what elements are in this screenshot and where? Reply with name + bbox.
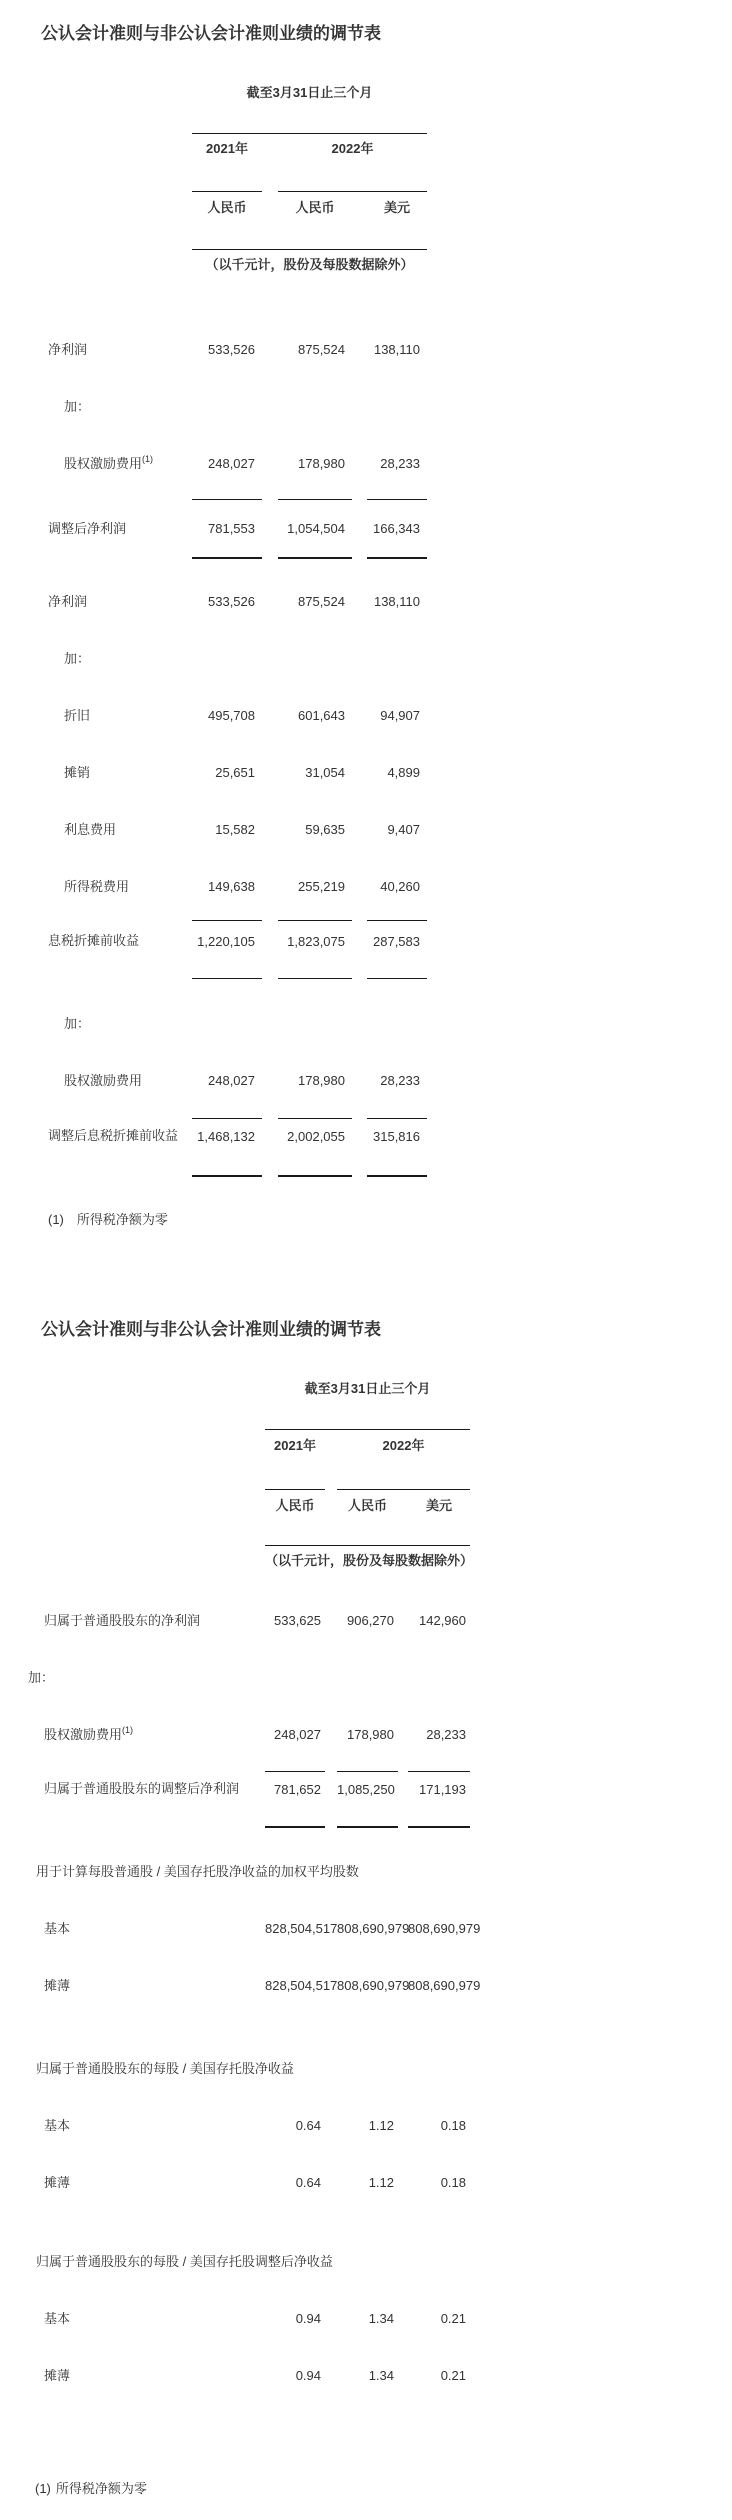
cell-value: 255,219 [278,879,352,894]
footnote-marker: (1) [142,454,153,464]
row-label: 基本 [0,2311,265,2327]
horizontal-rule [278,978,352,979]
horizontal-rule [337,1489,470,1490]
table2-body: 归属于普通股股东的净利润 533,625 906,270 142,960 加： … [0,1592,732,2404]
table1-title: 公认会计准则与非公认会计准则业绩的调节表 [41,0,732,44]
table-row: 调整后息税折摊前收益 1,468,132 2,002,055 315,816 [0,1119,732,1153]
footnote-marker: (1) [35,2482,51,2496]
horizontal-rule [337,1771,398,1772]
row-label: 归属于普通股股东的调整后净利润 [0,1781,265,1797]
row-label: 加： [0,1670,265,1686]
rule [0,557,732,559]
rule [0,978,732,979]
cell-value: 1.12 [337,2175,398,2190]
cell-value: 906,270 [337,1613,398,1628]
horizontal-rule [367,920,427,921]
cell-value: 808,690,979 [408,1921,470,1936]
cell-value: 828,504,517 [265,1978,325,1993]
cell-value: 0.21 [408,2311,470,2326]
row-label: 折旧 [0,708,192,724]
cell-value: 142,960 [408,1613,470,1628]
cell-value: 28,233 [408,1727,470,1742]
table-row: 摊薄 0.94 1.34 0.21 [0,2347,732,2404]
cell-value: 1,220,105 [192,934,262,949]
cell-value: 0.18 [408,2118,470,2133]
cell-value: 533,526 [192,342,262,357]
cell-value: 875,524 [278,594,352,609]
rule [0,1826,732,1828]
row-label: 加： [0,399,192,415]
units-note: （以千元计，股份及每股数据除外） [265,1554,470,1568]
table2-units-row: （以千元计，股份及每股数据除外） [0,1546,732,1568]
currency-header: 人民币 [265,1499,325,1513]
cell-value: 601,643 [278,708,352,723]
horizontal-rule [408,1771,470,1772]
cell-value: 828,504,517 [265,1921,325,1936]
table-row: 加： [0,378,732,435]
cell-value: 1,085,250 [337,1782,398,1797]
horizontal-rule [192,978,262,979]
horizontal-rule [192,191,262,192]
horizontal-rule [192,133,427,134]
cell-value: 1.12 [337,2118,398,2133]
cell-value: 9,407 [367,822,427,837]
horizontal-rule [192,1175,262,1177]
horizontal-rule [192,557,262,559]
cell-value: 94,907 [367,708,427,723]
row-label: 基本 [0,2118,265,2134]
cell-value: 25,651 [192,765,262,780]
horizontal-rule [408,1826,470,1828]
row-label: 股权激励费用 [0,1073,192,1089]
table-row: 调整后净利润 781,553 1,054,504 166,343 [0,500,732,557]
section-header: 归属于普通股股东的每股 / 美国存托股净收益 [0,2061,470,2077]
cell-value: 166,343 [367,521,427,536]
horizontal-rule [278,191,427,192]
currency-header: 美元 [367,201,427,215]
units-note: （以千元计，股份及每股数据除外） [192,258,427,272]
cell-value: 31,054 [278,765,352,780]
cell-value: 1,468,132 [192,1129,262,1144]
horizontal-rule [278,920,352,921]
year-2022-header: 2022年 [337,1439,470,1453]
period-header: 截至3月31日止三个月 [265,1382,470,1396]
currency-header: 人民币 [192,201,262,215]
horizontal-rule [265,1771,325,1772]
cell-value: 1.34 [337,2368,398,2383]
horizontal-rule [265,1545,470,1546]
table-row: 基本 0.64 1.12 0.18 [0,2097,732,2154]
table1-period-row: 截至3月31日止三个月 [0,86,732,100]
table2-currency-row: 人民币 人民币 美元 [0,1490,732,1513]
table-row: 用于计算每股普通股 / 美国存托股净收益的加权平均股数 [0,1843,732,1900]
year-2022-header: 2022年 [278,142,427,156]
year-2021-header: 2021年 [265,1439,325,1453]
table-row: 归属于普通股股东的调整后净利润 781,652 1,085,250 171,19… [0,1772,732,1806]
period-header: 截至3月31日止三个月 [192,86,427,100]
cell-value: 248,027 [192,456,262,471]
table1-currency-row: 人民币 人民币 美元 [0,192,732,215]
horizontal-rule [265,1826,325,1828]
table-row: 加： [0,1649,732,1706]
horizontal-rule [337,1826,398,1828]
table-row: 加： [0,630,732,687]
section-header: 用于计算每股普通股 / 美国存托股净收益的加权平均股数 [0,1864,470,1880]
cell-value: 495,708 [192,708,262,723]
table1-year-row: 2021年 2022年 [0,134,732,156]
cell-value: 178,980 [278,456,352,471]
table-row: 净利润 533,526 875,524 138,110 [0,321,732,378]
cell-value: 0.21 [408,2368,470,2383]
table2-year-row: 2021年 2022年 [0,1430,732,1453]
horizontal-rule [265,1489,325,1490]
row-label: 调整后息税折摊前收益 [0,1128,192,1144]
row-label: 股权激励费用(1) [0,1727,265,1743]
currency-header: 美元 [408,1499,470,1513]
table-row: 股权激励费用 248,027 178,980 28,233 [0,1052,732,1109]
row-label: 净利润 [0,594,192,610]
cell-value: 248,027 [265,1727,325,1742]
table-row: 摊薄 828,504,517 808,690,979 808,690,979 [0,1957,732,2014]
horizontal-rule [278,499,352,500]
horizontal-rule [367,978,427,979]
cell-value: 781,652 [265,1782,325,1797]
row-label: 加： [0,651,192,667]
cell-value: 1,823,075 [278,934,352,949]
cell-value: 533,526 [192,594,262,609]
cell-value: 40,260 [367,879,427,894]
cell-value: 533,625 [265,1613,325,1628]
row-label: 调整后净利润 [0,521,192,537]
horizontal-rule [367,1175,427,1177]
cell-value: 287,583 [367,934,427,949]
table-row: 息税折摊前收益 1,220,105 1,823,075 287,583 [0,921,732,961]
cell-value: 28,233 [367,1073,427,1088]
cell-value: 171,193 [408,1782,470,1797]
horizontal-rule [192,249,427,250]
table1-units-row: （以千元计，股份及每股数据除外） [0,250,732,272]
cell-value: 0.94 [265,2368,325,2383]
table-row: 股权激励费用(1) 248,027 178,980 28,233 [0,1706,732,1763]
table1-footnote: (1) 所得税净额为零 [48,1213,732,1227]
cell-value: 808,690,979 [408,1978,470,1993]
cell-value: 178,980 [337,1727,398,1742]
row-label: 加： [0,1016,192,1032]
document-page: 公认会计准则与非公认会计准则业绩的调节表 截至3月31日止三个月 2021年 2… [0,0,732,2520]
cell-value: 59,635 [278,822,352,837]
footnote-text: 所得税净额为零 [56,2482,147,2496]
row-label: 归属于普通股股东的净利润 [0,1613,265,1629]
footnote-text: 所得税净额为零 [77,1213,168,1227]
table-row: 折旧 495,708 601,643 94,907 [0,687,732,744]
horizontal-rule [192,499,262,500]
horizontal-rule [278,557,352,559]
horizontal-rule [278,1118,352,1119]
table-row: 净利润 533,526 875,524 138,110 [0,573,732,630]
cell-value: 248,027 [192,1073,262,1088]
section-header: 归属于普通股股东的每股 / 美国存托股调整后净收益 [0,2254,470,2270]
cell-value: 28,233 [367,456,427,471]
table-row: 摊薄 0.64 1.12 0.18 [0,2154,732,2211]
cell-value: 1.34 [337,2311,398,2326]
horizontal-rule [367,557,427,559]
cell-value: 781,553 [192,521,262,536]
horizontal-rule [367,1118,427,1119]
table2-footnote: (1) 所得税净额为零 [35,2482,732,2496]
row-label: 息税折摊前收益 [0,933,192,949]
table-row: 摊销 25,651 31,054 4,899 [0,744,732,801]
row-label: 所得税费用 [0,879,192,895]
table-row: 股权激励费用(1) 248,027 178,980 28,233 [0,435,732,492]
cell-value: 138,110 [367,342,427,357]
row-label: 基本 [0,1921,265,1937]
cell-value: 0.94 [265,2311,325,2326]
cell-value: 1,054,504 [278,521,352,536]
cell-value: 0.18 [408,2175,470,2190]
cell-value: 2,002,055 [278,1129,352,1144]
footnote-marker: (1) [122,1725,133,1735]
currency-header: 人民币 [278,201,352,215]
row-label-text: 股权激励费用 [64,456,142,471]
cell-value: 315,816 [367,1129,427,1144]
currency-header: 人民币 [337,1499,398,1513]
cell-value: 15,582 [192,822,262,837]
rule [0,1175,732,1177]
horizontal-rule [278,1175,352,1177]
table2-title: 公认会计准则与非公认会计准则业绩的调节表 [41,1320,732,1340]
table-row: 归属于普通股股东的每股 / 美国存托股净收益 [0,2040,732,2097]
row-label: 摊薄 [0,1978,265,1994]
horizontal-rule [265,1429,470,1430]
cell-value: 808,690,979 [337,1921,398,1936]
row-label: 摊薄 [0,2368,265,2384]
row-label: 净利润 [0,342,192,358]
row-label: 摊薄 [0,2175,265,2191]
table-row: 所得税费用 149,638 255,219 40,260 [0,858,732,915]
horizontal-rule [367,499,427,500]
cell-value: 149,638 [192,879,262,894]
cell-value: 0.64 [265,2118,325,2133]
table-row: 加： [0,995,732,1052]
horizontal-rule [192,920,262,921]
reconciliation-table-1: 公认会计准则与非公认会计准则业绩的调节表 截至3月31日止三个月 2021年 2… [0,0,732,1227]
cell-value: 875,524 [278,342,352,357]
table-row: 基本 0.94 1.34 0.21 [0,2290,732,2347]
cell-value: 178,980 [278,1073,352,1088]
table-row: 归属于普通股股东的每股 / 美国存托股调整后净收益 [0,2233,732,2290]
footnote-marker: (1) [48,1213,64,1227]
reconciliation-table-2: 公认会计准则与非公认会计准则业绩的调节表 截至3月31日止三个月 2021年 2… [0,1320,732,2496]
year-2021-header: 2021年 [192,142,262,156]
row-label: 股权激励费用(1) [0,456,192,472]
cell-value: 808,690,979 [337,1978,398,1993]
cell-value: 138,110 [367,594,427,609]
table1-body: 净利润 533,526 875,524 138,110 加： 股权激励费用(1)… [0,321,732,1177]
table2-period-row: 截至3月31日止三个月 [0,1382,732,1396]
cell-value: 0.64 [265,2175,325,2190]
row-label: 利息费用 [0,822,192,838]
row-label-text: 股权激励费用 [44,1727,122,1742]
table-row: 利息费用 15,582 59,635 9,407 [0,801,732,858]
cell-value: 4,899 [367,765,427,780]
row-label: 摊销 [0,765,192,781]
horizontal-rule [192,1118,262,1119]
table-row: 基本 828,504,517 808,690,979 808,690,979 [0,1900,732,1957]
table-row: 归属于普通股股东的净利润 533,625 906,270 142,960 [0,1592,732,1649]
